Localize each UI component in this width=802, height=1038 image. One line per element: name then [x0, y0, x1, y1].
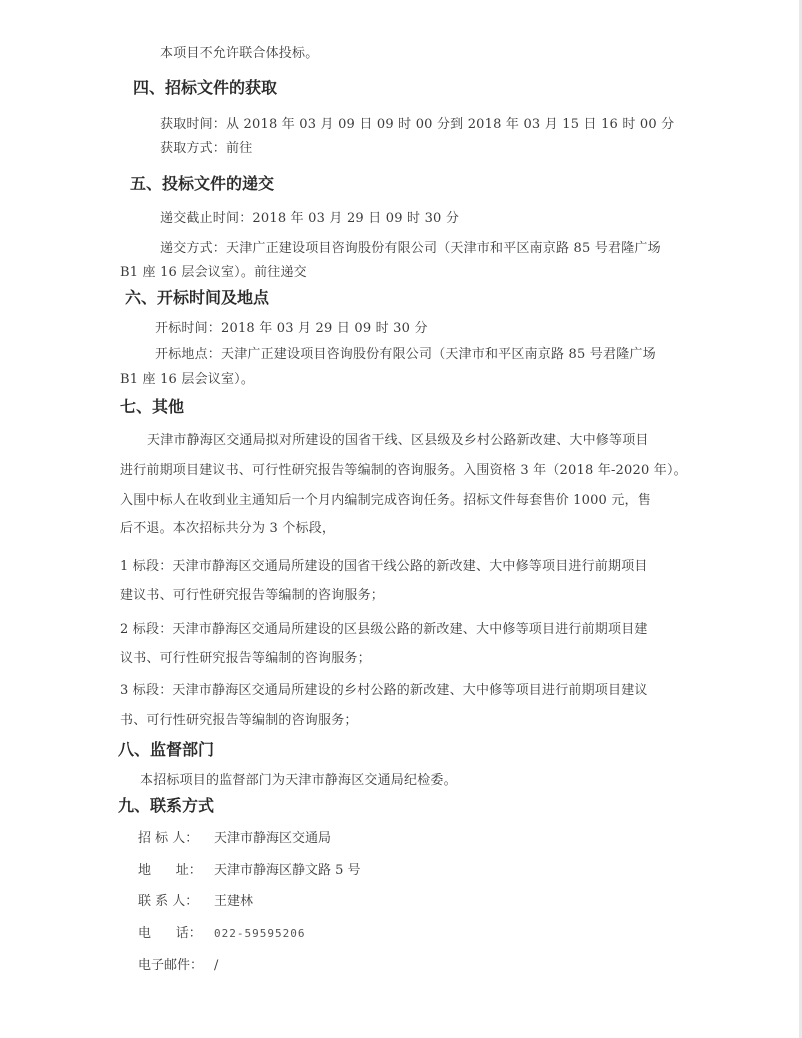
section-heading-supervision: 八、监督部门	[118, 740, 214, 760]
contact-person: 联 系 人：王建林	[138, 893, 253, 911]
lot-1-cont: 建议书、可行性研究报告等编制的咨询服务；	[120, 587, 384, 605]
obtain-time: 获取时间：从 2018 年 03 月 09 日 09 时 00 分到 2018 …	[160, 116, 674, 134]
submit-method-cont: B1 座 16 层会议室）。前往递交	[120, 264, 307, 282]
opening-location-cont: B1 座 16 层会议室）。	[120, 371, 254, 389]
contact-label: 电子邮件：	[138, 957, 214, 975]
contact-tenderer: 招 标 人：天津市静海区交通局	[138, 830, 331, 848]
contact-value: 022-59595206	[214, 927, 305, 940]
submit-deadline: 递交截止时间：2018 年 03 月 29 日 09 时 30 分	[160, 210, 459, 228]
contact-phone: 电 话：022-59595206	[138, 925, 305, 943]
other-para-line: 入围中标人在收到业主通知后一个月内编制完成咨询任务。招标文件每套售价 1000 …	[120, 492, 651, 510]
contact-email: 电子邮件：/	[138, 957, 218, 975]
submit-method: 递交方式：天津广正建设项目咨询股份有限公司（天津市和平区南京路 85 号君隆广场	[160, 240, 661, 258]
lot-2: 2 标段：天津市静海区交通局所建设的区县级公路的新改建、大中修等项目进行前期项目…	[120, 621, 648, 639]
contact-address: 地 址：天津市静海区静文路 5 号	[138, 862, 361, 880]
contact-label: 电 话：	[138, 925, 214, 943]
contact-label: 联 系 人：	[138, 893, 214, 911]
intro-line: 本项目不允许联合体投标。	[160, 45, 318, 63]
other-para-line: 后不退。本次招标共分为 3 个标段，	[120, 520, 335, 538]
other-para-line: 天津市静海区交通局拟对所建设的国省干线、区县级及乡村公路新改建、大中修等项目	[147, 432, 649, 450]
obtain-method: 获取方式：前往	[160, 140, 252, 158]
section-heading-opening: 六、开标时间及地点	[125, 288, 269, 308]
contact-value: 天津市静海区静文路 5 号	[214, 863, 361, 878]
section-heading-submit-bids: 五、投标文件的递交	[130, 174, 274, 194]
section-heading-contact: 九、联系方式	[118, 796, 214, 816]
contact-label: 招 标 人：	[138, 830, 214, 848]
opening-time: 开标时间：2018 年 03 月 29 日 09 时 30 分	[155, 320, 428, 338]
section-heading-other: 七、其他	[120, 397, 184, 417]
lot-3: 3 标段：天津市静海区交通局所建设的乡村公路的新改建、大中修等项目进行前期项目建…	[120, 682, 648, 700]
lot-3-cont: 书、可行性研究报告等编制的咨询服务；	[120, 712, 358, 730]
contact-label: 地 址：	[138, 862, 214, 880]
opening-location: 开标地点：天津广正建设项目咨询股份有限公司（天津市和平区南京路 85 号君隆广场	[155, 346, 656, 364]
lot-2-cont: 议书、可行性研究报告等编制的咨询服务；	[120, 650, 371, 668]
other-para-line: 进行前期项目建议书、可行性研究报告等编制的咨询服务。入围资格 3 年（2018 …	[120, 462, 687, 480]
section-heading-obtain-docs: 四、招标文件的获取	[133, 78, 277, 98]
contact-value: 王建林	[214, 894, 253, 909]
lot-1: 1 标段：天津市静海区交通局所建设的国省干线公路的新改建、大中修等项目进行前期项…	[120, 558, 648, 576]
supervision-text: 本招标项目的监督部门为天津市静海区交通局纪检委。	[140, 772, 457, 790]
contact-value: 天津市静海区交通局	[214, 831, 331, 846]
contact-value: /	[214, 958, 218, 973]
